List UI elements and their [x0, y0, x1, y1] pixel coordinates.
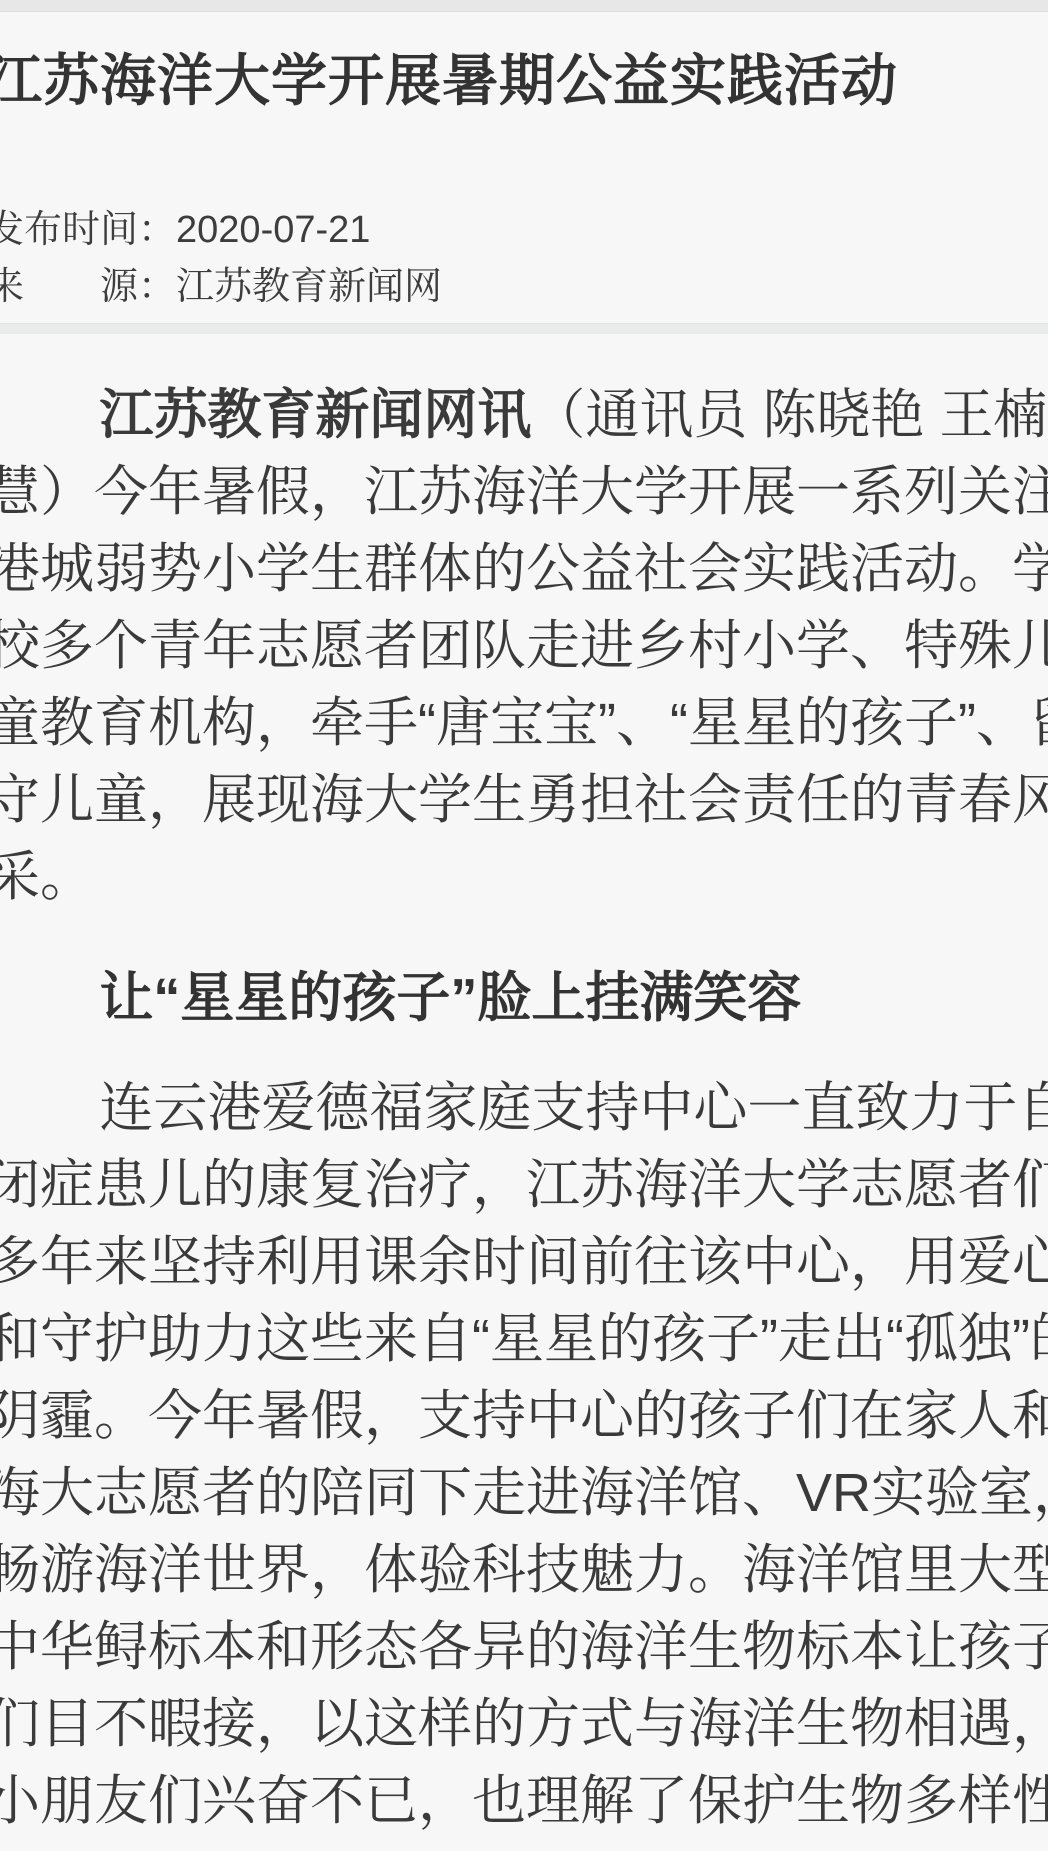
source-value: 江苏教育新闻网: [176, 266, 442, 308]
text-line: 阴霾。今年暑假，支持中心的孩子们在家人和: [0, 1378, 1048, 1455]
text-line: 守儿童，展现海大学生勇担社会责任的青春风: [0, 762, 1048, 839]
paragraph-star-children: 连云港爱德福家庭支持中心一直致力于自闭症患儿的康复治疗，江苏海洋大学志愿者们多年…: [0, 1070, 1048, 1840]
publish-time-value: 2020-07-21: [176, 209, 370, 251]
article-title: 江苏海洋大学开展暑期公益实践活动: [0, 48, 1048, 114]
text-line: 慧）今年暑假，江苏海洋大学开展一系列关注: [0, 454, 1048, 531]
text-line: 采。: [0, 839, 1048, 916]
text-line: 海大志愿者的陪同下走进海洋馆、VR实验室，: [0, 1455, 1048, 1532]
article-meta: 发布时间：2020-07-21 来 源：江苏教育新闻网: [0, 202, 1048, 316]
text-line: 和守护助力这些来自“星星的孩子”走出“孤独”的: [0, 1301, 1048, 1378]
top-bar: [0, 0, 1048, 12]
text-line: 小朋友们兴奋不已，也理解了保护生物多样性: [0, 1763, 1048, 1840]
publish-time-row: 发布时间：2020-07-21: [0, 202, 1048, 259]
text-line: 们目不暇接，以这样的方式与海洋生物相遇，: [0, 1686, 1048, 1763]
text-line: 中华鲟标本和形态各异的海洋生物标本让孩子: [0, 1609, 1048, 1686]
colon: ：: [138, 266, 176, 308]
text-line: 校多个青年志愿者团队走进乡村小学、特殊儿: [0, 608, 1048, 685]
source-label: 来 源: [0, 259, 138, 316]
section-divider: [0, 323, 1048, 334]
text-line: 港城弱势小学生群体的公益社会实践活动。学: [0, 531, 1048, 608]
text-line: 江苏教育新闻网讯（通讯员 陈晓艳 王楠 高: [0, 377, 1048, 454]
source-row: 来 源：江苏教育新闻网: [0, 259, 1048, 316]
paragraph-intro: 江苏教育新闻网讯（通讯员 陈晓艳 王楠 高慧）今年暑假，江苏海洋大学开展一系列关…: [0, 377, 1048, 916]
publish-time-label: 发布时间: [0, 202, 138, 259]
text-line: 童教育机构，牵手“唐宝宝”、“星星的孩子”、留: [0, 685, 1048, 762]
text-line: 畅游海洋世界，体验科技魅力。海洋馆里大型: [0, 1532, 1048, 1609]
text-line: 闭症患儿的康复治疗，江苏海洋大学志愿者们: [0, 1147, 1048, 1224]
article-body: 江苏教育新闻网讯（通讯员 陈晓艳 王楠 高慧）今年暑假，江苏海洋大学开展一系列关…: [0, 377, 1048, 1840]
colon: ：: [138, 209, 176, 251]
article-page: 江苏海洋大学开展暑期公益实践活动 发布时间：2020-07-21 来 源：江苏教…: [0, 48, 1048, 1840]
text-line: 多年来坚持利用课余时间前往该中心，用爱心: [0, 1224, 1048, 1301]
text-line: 连云港爱德福家庭支持中心一直致力于自: [0, 1070, 1048, 1147]
subheading: 让“星星的孩子”脸上挂满笑容: [0, 960, 1048, 1037]
